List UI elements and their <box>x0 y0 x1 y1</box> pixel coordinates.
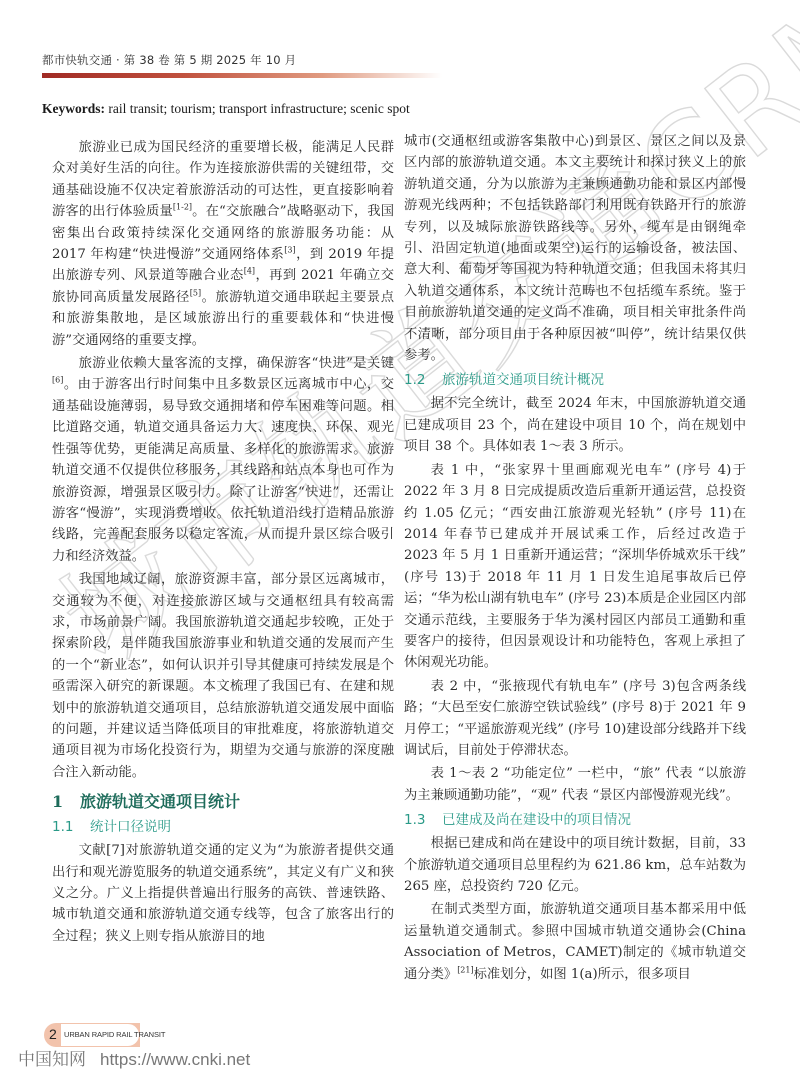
citation[interactable]: [5] <box>190 288 201 297</box>
section-heading-1-2: 1.2旅游轨道交通项目统计概况 <box>404 370 746 391</box>
keywords-label: Keywords: <box>42 101 105 116</box>
paragraph: 据不完全统计，截至 2024 年末，中国旅游轨道交通已建成项目 23 个，尚在建… <box>404 393 746 457</box>
citation[interactable]: [21] <box>457 965 473 974</box>
left-column: 旅游业已成为国民经济的重要增长极，能满足人民群众对美好生活的向往。作为连接旅游供… <box>52 137 394 949</box>
journal-name-en: URBAN RAPID RAIL TRANSIT <box>64 1030 165 1039</box>
citation[interactable]: [3] <box>284 246 295 255</box>
cnki-label: 中国知网 <box>18 1050 86 1070</box>
keywords: Keywords: rail transit; tourism; transpo… <box>42 101 410 117</box>
citation[interactable]: [4] <box>244 267 255 276</box>
cnki-watermark: 中国知网https://www.cnki.net <box>18 1045 250 1070</box>
keywords-text: rail transit; tourism; transport infrast… <box>105 101 410 116</box>
paragraph: 表 1～表 2 “功能定位” 一栏中，“旅” 代表 “以旅游为主兼顾通勤功能”，… <box>404 763 746 806</box>
paragraph: 在制式类型方面，旅游轨道交通项目基本都采用中低运量轨道交通制式。参照中国城市轨道… <box>404 899 746 985</box>
paragraph: 文献[7]对旅游轨道交通的定义为“为旅游者提供交通出行和观光游览服务的轨道交通系… <box>52 840 394 947</box>
paragraph: 表 1 中，“张家界十里画廊观光电车” (序号 4)于 2022 年 3 月 8… <box>404 460 746 674</box>
section-heading-1: 1旅游轨道交通项目统计 <box>52 791 394 813</box>
running-head: 都市快轨交通 · 第 38 卷 第 5 期 2025 年 10 月 <box>42 52 296 68</box>
section-heading-1-1: 1.1统计口径说明 <box>52 817 394 838</box>
cnki-url[interactable]: https://www.cnki.net <box>100 1050 250 1069</box>
paragraph: 城市(交通枢纽或游客集散中心)到景区、景区之间以及景区内部的旅游轨道交通。本文主… <box>404 131 746 366</box>
header-divider-bar <box>42 73 442 78</box>
paragraph: 根据已建成和尚在建设中的项目统计数据，目前，33 个旅游轨道交通项目总里程约为 … <box>404 833 746 897</box>
right-column: 城市(交通枢纽或游客集散中心)到景区、景区之间以及景区内部的旅游轨道交通。本文主… <box>404 131 746 987</box>
paragraph: 我国地域辽阔，旅游资源丰富，部分景区远离城市，交通较为不便，对连接旅游区域与交通… <box>52 569 394 783</box>
paragraph: 表 2 中，“张掖现代有轨电车” (序号 3)包含两条线路；“大邑至安仁旅游空铁… <box>404 676 746 762</box>
page-number: 2 <box>49 1026 57 1042</box>
paragraph: 旅游业依赖大量客流的支撑，确保游客“快进”是关键[6]。由于游客出行时间集中且多… <box>52 353 394 567</box>
section-heading-1-3: 1.3已建成及尚在建设中的项目情况 <box>404 810 746 831</box>
citation[interactable]: [1-2] <box>173 203 192 212</box>
paragraph: 旅游业已成为国民经济的重要增长极，能满足人民群众对美好生活的向往。作为连接旅游供… <box>52 137 394 351</box>
citation[interactable]: [6] <box>52 376 63 385</box>
